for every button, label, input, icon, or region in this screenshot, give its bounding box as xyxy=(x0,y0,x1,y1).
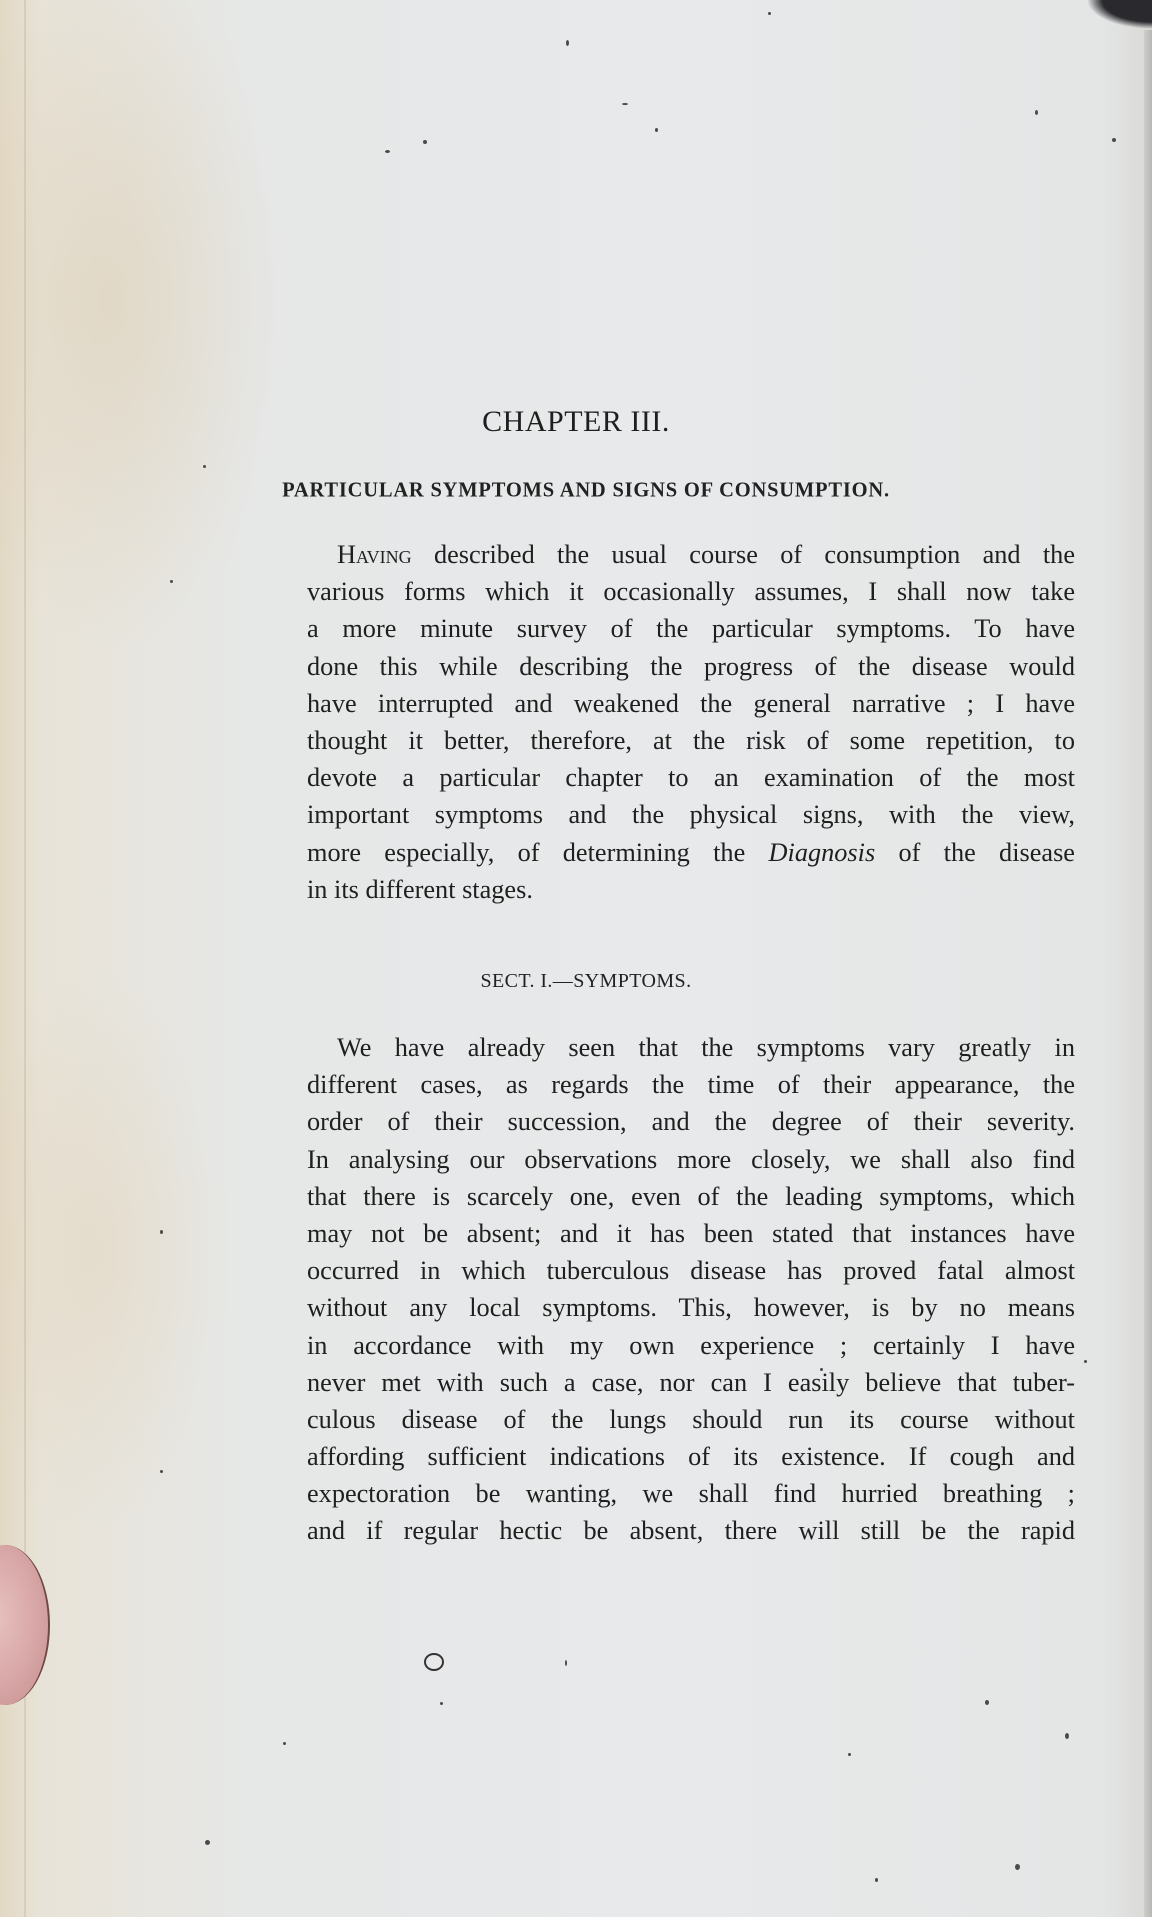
paper-wormhole xyxy=(424,1653,444,1671)
text-line: occurred in which tuberculous disease ha… xyxy=(307,1252,1075,1289)
text-line: never met with such a case, nor can I ea… xyxy=(307,1364,1075,1401)
chapter-subtitle: PARTICULAR SYMPTOMS AND SIGNS OF CONSUMP… xyxy=(0,478,1152,502)
paper-speck xyxy=(160,1230,163,1234)
paper-speck xyxy=(205,1840,210,1845)
paper-speck xyxy=(566,40,569,46)
section-heading: SECT. I.—SYMPTOMS. xyxy=(0,970,1152,993)
text-line: may not be absent; and it has been state… xyxy=(307,1215,1075,1252)
paper-speck xyxy=(875,1878,878,1882)
book-page: CHAPTER III. PARTICULAR SYMPTOMS AND SIG… xyxy=(0,0,1152,1917)
text-line: more especially, of determining the Diag… xyxy=(307,834,1075,871)
text-line: important symptoms and the physical sign… xyxy=(307,796,1075,833)
text-line: expectoration be wanting, we shall find … xyxy=(307,1475,1075,1512)
paper-speck xyxy=(203,465,206,468)
paper-speck xyxy=(385,150,390,153)
text-line: have interrupted and weakened the genera… xyxy=(307,685,1075,722)
paper-speck xyxy=(1112,138,1116,142)
paper-speck xyxy=(768,12,771,15)
text-line: and if regular hectic be absent, there w… xyxy=(307,1512,1075,1549)
paper-speck xyxy=(440,1702,443,1705)
paper-speck xyxy=(565,1660,567,1666)
paper-speck xyxy=(283,1742,286,1745)
paper-speck xyxy=(622,103,628,105)
chapter-title: CHAPTER III. xyxy=(0,405,1152,439)
text-line: order of their succession, and the degre… xyxy=(307,1103,1075,1140)
text-line: that there is scarcely one, even of the … xyxy=(307,1178,1075,1215)
paper-speck xyxy=(1084,1360,1087,1363)
text-line: thought it better, therefore, at the ris… xyxy=(307,722,1075,759)
text-line: in its different stages. xyxy=(307,871,1075,908)
paper-speck xyxy=(160,1470,163,1473)
paper-speck xyxy=(655,128,658,132)
text-line: done this while describing the progress … xyxy=(307,648,1075,685)
paper-speck xyxy=(848,1753,851,1756)
holding-finger xyxy=(0,1545,50,1705)
text-line: Having described the usual course of con… xyxy=(307,536,1075,573)
symptoms-paragraph: We have already seen that the symptoms v… xyxy=(307,1029,1075,1550)
text-line: various forms which it occasionally assu… xyxy=(307,573,1075,610)
text-line: culous disease of the lungs should run i… xyxy=(307,1401,1075,1438)
text-line: We have already seen that the symptoms v… xyxy=(307,1029,1075,1066)
paper-speck xyxy=(1015,1864,1020,1870)
text-line: without any local symptoms. This, howeve… xyxy=(307,1289,1075,1326)
paper-speck xyxy=(423,140,427,144)
text-line: devote a particular chapter to an examin… xyxy=(307,759,1075,796)
intro-paragraph: Having described the usual course of con… xyxy=(307,536,1075,908)
text-line: a more minute survey of the particular s… xyxy=(307,610,1075,647)
text-line: in accordance with my own experience ; c… xyxy=(307,1327,1075,1364)
paper-speck xyxy=(1035,110,1038,115)
paper-speck xyxy=(985,1700,989,1705)
paper-speck xyxy=(1065,1733,1069,1739)
emphasis-diagnosis: Diagnosis xyxy=(769,838,876,867)
paper-speck xyxy=(170,580,173,583)
text-line: In analysing our observations more close… xyxy=(307,1141,1075,1178)
text-line: different cases, as regards the time of … xyxy=(307,1066,1075,1103)
page-corner-shadow xyxy=(1082,0,1152,40)
lead-word: Having xyxy=(337,540,412,569)
text-line: affording sufficient indications of its … xyxy=(307,1438,1075,1475)
